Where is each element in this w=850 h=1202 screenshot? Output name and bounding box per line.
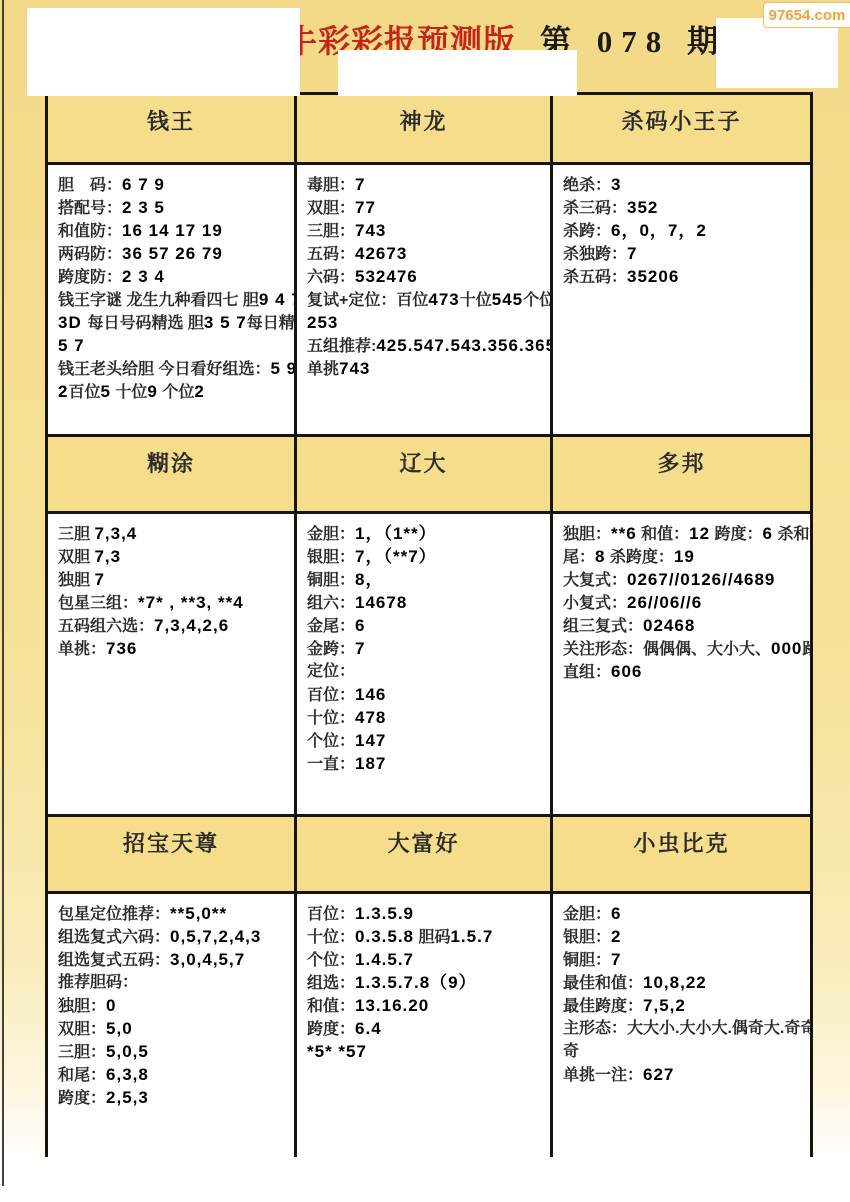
line-value: 146 bbox=[355, 685, 386, 704]
line-label: 单挑： bbox=[58, 641, 106, 658]
text-line: 五码组六选：7,3,4,2,6 bbox=[58, 614, 290, 637]
text-line: 5 7 bbox=[58, 334, 290, 357]
text-line: 银胆：2 bbox=[563, 925, 806, 948]
line-value: 532476 bbox=[355, 267, 418, 286]
panel-body: 包星定位推荐：**5,0**组选复式六码：0,5,7,2,4,3组选复式五码：3… bbox=[48, 894, 294, 1157]
line-label: 搭配号： bbox=[58, 200, 122, 217]
panel-dafuhao: 大富好 百位：1.3.5.9十位：0.3.5.8 胆码1.5.7个位：1.4.5… bbox=[294, 817, 550, 1157]
text-line: 金尾：6 bbox=[307, 614, 546, 637]
line-value: 5 9 bbox=[270, 359, 294, 378]
text-line: 金胆：1，（1**） bbox=[307, 522, 546, 545]
text-line: 和值：13.16.20 bbox=[307, 994, 546, 1017]
line-label: 金胆： bbox=[563, 906, 611, 923]
line-value: 3 bbox=[611, 175, 621, 194]
line-value: 2 bbox=[58, 382, 68, 401]
panel-title: 神龙 bbox=[399, 109, 447, 134]
line-label: 路 bbox=[802, 641, 810, 658]
text-line: 一直：187 bbox=[307, 752, 546, 775]
line-value: 14678 bbox=[355, 593, 407, 612]
text-line: *5* *57 bbox=[307, 1040, 546, 1063]
text-line: 个位：1.4.5.7 bbox=[307, 948, 546, 971]
text-line: 和值防：16 14 17 19 bbox=[58, 219, 290, 242]
text-line: 钱王字谜 龙生九种看四七 胆9 4 7 bbox=[58, 288, 290, 311]
line-label: 单挑 bbox=[307, 361, 339, 378]
table-row-1: 钱王 胆 码：6 7 9搭配号：2 3 5和值防：16 14 17 19两码防：… bbox=[45, 92, 813, 434]
text-line: 跨度：6.4 bbox=[307, 1017, 546, 1040]
line-value: 0.3.5.8 bbox=[355, 927, 414, 946]
line-label: 百位 bbox=[68, 384, 100, 401]
text-line: 杀三码：352 bbox=[563, 196, 806, 219]
text-line: 钱王老头给胆 今日看好组选：5 9 bbox=[58, 357, 290, 380]
text-line: 百位：146 bbox=[307, 683, 546, 706]
panel-title: 多邦 bbox=[657, 451, 705, 476]
line-label: 毒胆： bbox=[307, 177, 355, 194]
line-value: 19 bbox=[674, 547, 695, 566]
panel-shenlong: 神龙 毒胆：7双胆：77三胆：743五码：42673六码：532476复试+定位… bbox=[294, 95, 550, 434]
line-value: 1.3.5.7.8（9） bbox=[355, 973, 477, 992]
line-label: 杀跨： bbox=[563, 223, 611, 240]
line-value: 478 bbox=[355, 708, 386, 727]
text-line: 双胆：5,0 bbox=[58, 1017, 290, 1040]
text-line: 双胆 7,3 bbox=[58, 545, 290, 568]
line-label: 大复式： bbox=[563, 572, 627, 589]
line-value: 2 3 4 bbox=[122, 267, 165, 286]
line-value: *5* *57 bbox=[307, 1042, 367, 1061]
text-line: 组选：1.3.5.7.8（9） bbox=[307, 971, 546, 994]
line-label: 十位： bbox=[307, 710, 355, 727]
line-label: 组选复式五码： bbox=[58, 952, 170, 969]
line-label: 组六： bbox=[307, 595, 355, 612]
panel-body: 百位：1.3.5.9十位：0.3.5.8 胆码1.5.7个位：1.4.5.7组选… bbox=[297, 894, 550, 1157]
line-value: 7,3,4 bbox=[94, 524, 137, 543]
line-label: 每日号码精选 胆 bbox=[87, 315, 203, 332]
text-line: 独胆 7 bbox=[58, 568, 290, 591]
text-line: 胆 码：6 7 9 bbox=[58, 173, 290, 196]
line-label: 个位 bbox=[523, 292, 550, 309]
panel-title: 杀码小王子 bbox=[621, 109, 741, 134]
line-label: 一直： bbox=[307, 756, 355, 773]
line-label: 金跨： bbox=[307, 641, 355, 658]
panel-title: 辽大 bbox=[399, 451, 447, 476]
line-label: 跨度防： bbox=[58, 269, 122, 286]
line-value: 6.4 bbox=[355, 1019, 382, 1038]
line-value: 9 bbox=[147, 382, 157, 401]
text-line: 大复式：0267//0126//4689 bbox=[563, 568, 806, 591]
line-value: 12 bbox=[689, 524, 710, 543]
text-line: 推荐胆码： bbox=[58, 971, 290, 994]
panel-header: 杀码小王子 bbox=[553, 95, 810, 165]
text-line: 百位：1.3.5.9 bbox=[307, 902, 546, 925]
line-value: 743 bbox=[339, 359, 370, 378]
panel-shama-xiaowangzi: 杀码小王子 绝杀：3杀三码：352杀跨：6，0，7，2杀独跨：7杀五码：3520… bbox=[550, 95, 813, 434]
text-line: 组六：14678 bbox=[307, 591, 546, 614]
line-value: 10,8,22 bbox=[643, 973, 707, 992]
line-value: 3D bbox=[58, 313, 87, 332]
page-root: { "header": { "watermark": "97654.com", … bbox=[0, 0, 850, 1202]
line-label: 双胆： bbox=[307, 200, 355, 217]
text-line: 组选复式五码：3,0,4,5,7 bbox=[58, 948, 290, 971]
cover-box-center bbox=[338, 50, 577, 96]
line-value: 7 bbox=[355, 639, 365, 658]
table-row-2: 糊涂 三胆 7,3,4双胆 7,3独胆 7包星三组：*7* , **3, **4… bbox=[45, 434, 813, 814]
text-line: 金跨：7 bbox=[307, 637, 546, 660]
text-line: 杀五码：35206 bbox=[563, 265, 806, 288]
panel-header: 多邦 bbox=[553, 437, 810, 514]
line-label: 独胆： bbox=[58, 998, 106, 1015]
line-label: 和值： bbox=[307, 998, 355, 1015]
text-line: 铜胆：7 bbox=[563, 948, 806, 971]
panel-header: 神龙 bbox=[297, 95, 550, 165]
line-label: 组选复式六码： bbox=[58, 929, 170, 946]
line-label: 三胆： bbox=[58, 1044, 106, 1061]
line-label: 钱王老头给胆 今日看好组选： bbox=[58, 361, 270, 378]
line-value: 6 7 9 bbox=[122, 175, 165, 194]
line-value: 2 bbox=[611, 927, 621, 946]
panel-zhaobao-tianzun: 招宝天尊 包星定位推荐：**5,0**组选复式六码：0,5,7,2,4,3组选复… bbox=[45, 817, 294, 1157]
text-line: 单挑一注：627 bbox=[563, 1063, 806, 1086]
line-label: 主形态：大大小.大小大.偶奇大.奇奇 bbox=[563, 1020, 810, 1037]
line-label: 十位： bbox=[307, 929, 355, 946]
line-value: 5 bbox=[100, 382, 110, 401]
line-label: 五码： bbox=[307, 246, 355, 263]
prediction-table: 钱王 胆 码：6 7 9搭配号：2 3 5和值防：16 14 17 19两码防：… bbox=[45, 92, 813, 1157]
line-label: 两码防： bbox=[58, 246, 122, 263]
line-value: 352 bbox=[627, 198, 658, 217]
text-line: 双胆：77 bbox=[307, 196, 546, 219]
text-line: 十位：0.3.5.8 胆码1.5.7 bbox=[307, 925, 546, 948]
line-value: 7,5,2 bbox=[643, 996, 686, 1015]
line-value: 627 bbox=[643, 1065, 674, 1084]
text-line: 尾：8 杀跨度：19 bbox=[563, 545, 806, 568]
line-label: 定位： bbox=[307, 663, 355, 680]
line-label: 个位 bbox=[158, 384, 194, 401]
line-label: 组三复式： bbox=[563, 618, 643, 635]
text-line: 十位：478 bbox=[307, 706, 546, 729]
line-label: 包星三组： bbox=[58, 595, 138, 612]
line-value: 2 3 5 bbox=[122, 198, 165, 217]
panel-title: 钱王 bbox=[147, 109, 195, 134]
line-value: 7 bbox=[94, 570, 104, 589]
line-value: 02468 bbox=[643, 616, 695, 635]
line-value: 473 bbox=[428, 290, 459, 309]
line-label: 杀五码： bbox=[563, 269, 627, 286]
line-label: 钱王字谜 龙生九种看四七 胆 bbox=[58, 292, 259, 309]
line-value: **5,0** bbox=[170, 904, 227, 923]
line-label: 金胆： bbox=[307, 526, 355, 543]
line-value: 16 14 17 19 bbox=[122, 221, 223, 240]
panel-body: 金胆：6银胆：2铜胆：7最佳和值：10,8,22最佳跨度：7,5,2主形态：大大… bbox=[553, 894, 810, 1157]
text-line: 两码防：36 57 26 79 bbox=[58, 242, 290, 265]
line-value: 35206 bbox=[627, 267, 679, 286]
line-label: 双胆 bbox=[58, 549, 94, 566]
line-label: 胆码 bbox=[414, 929, 450, 946]
panel-title: 小虫比克 bbox=[633, 831, 729, 856]
line-label: 个位： bbox=[307, 733, 355, 750]
line-value: 6，0，7，2 bbox=[611, 221, 707, 240]
line-value: 187 bbox=[355, 754, 386, 773]
panel-liaoda: 辽大 金胆：1，（1**）银胆：7，（**7）铜胆：8，组六：14678金尾：6… bbox=[294, 437, 550, 814]
text-line: 复试+定位：百位473十位545个位 bbox=[307, 288, 546, 311]
line-label: 绝杀： bbox=[563, 177, 611, 194]
line-label: 推荐胆码： bbox=[58, 974, 138, 991]
line-label: 五码组六选： bbox=[58, 618, 154, 635]
table-row-3: 招宝天尊 包星定位推荐：**5,0**组选复式六码：0,5,7,2,4,3组选复… bbox=[45, 814, 813, 1157]
line-label: 每日精选 bbox=[247, 315, 294, 332]
text-line: 银胆：7，（**7） bbox=[307, 545, 546, 568]
line-value: 6 bbox=[763, 524, 773, 543]
panel-header: 糊涂 bbox=[48, 437, 294, 514]
line-value: 5 7 bbox=[58, 336, 85, 355]
line-value: 545 bbox=[492, 290, 523, 309]
line-value: 8 bbox=[595, 547, 605, 566]
line-label: 奇 bbox=[563, 1043, 579, 1060]
text-line: 五组推荐:425.547.543.356.365. bbox=[307, 334, 546, 357]
line-label: 最佳和值： bbox=[563, 975, 643, 992]
text-line: 最佳和值：10,8,22 bbox=[563, 971, 806, 994]
line-value: *7* , **3, **4 bbox=[138, 593, 244, 612]
line-value: 26//06//6 bbox=[627, 593, 702, 612]
line-value: 425.547.543.356.365. bbox=[376, 336, 550, 355]
watermark-text: 97654.com bbox=[769, 7, 846, 24]
line-label: 五组推荐: bbox=[307, 338, 376, 355]
line-value: 606 bbox=[611, 662, 642, 681]
line-label: 跨度： bbox=[710, 526, 762, 543]
line-label: 铜胆： bbox=[307, 572, 355, 589]
text-line: 毒胆：7 bbox=[307, 173, 546, 196]
text-line: 五码：42673 bbox=[307, 242, 546, 265]
line-label: 百位： bbox=[307, 906, 355, 923]
panel-body: 胆 码：6 7 9搭配号：2 3 5和值防：16 14 17 19两码防：36 … bbox=[48, 165, 294, 434]
line-label: 和尾： bbox=[58, 1067, 106, 1084]
line-label: 杀独跨： bbox=[563, 246, 627, 263]
line-value: 7,3 bbox=[94, 547, 121, 566]
text-line: 单挑：736 bbox=[58, 637, 290, 660]
line-label: 独胆： bbox=[563, 526, 611, 543]
line-value: 0,5,7,2,4,3 bbox=[170, 927, 261, 946]
line-label: 十位 bbox=[460, 292, 492, 309]
panel-hutu: 糊涂 三胆 7,3,4双胆 7,3独胆 7包星三组：*7* , **3, **4… bbox=[45, 437, 294, 814]
text-line: 六码：532476 bbox=[307, 265, 546, 288]
line-label: 六码： bbox=[307, 269, 355, 286]
line-label: 复试+定位：百位 bbox=[307, 292, 428, 309]
line-value: 1.4.5.7 bbox=[355, 950, 414, 969]
text-line: 和尾：6,3,8 bbox=[58, 1063, 290, 1086]
line-label: 跨度： bbox=[307, 1021, 355, 1038]
text-line: 金胆：6 bbox=[563, 902, 806, 925]
line-label: 跨度： bbox=[58, 1090, 106, 1107]
text-line: 三胆：743 bbox=[307, 219, 546, 242]
line-label: 杀和 bbox=[773, 526, 809, 543]
line-label: 杀跨度： bbox=[605, 549, 673, 566]
panel-title: 招宝天尊 bbox=[123, 831, 219, 856]
line-value: 6,3,8 bbox=[106, 1065, 149, 1084]
text-line: 独胆：0 bbox=[58, 994, 290, 1017]
panel-qianwang: 钱王 胆 码：6 7 9搭配号：2 3 5和值防：16 14 17 19两码防：… bbox=[45, 95, 294, 434]
text-line: 三胆：5,0,5 bbox=[58, 1040, 290, 1063]
line-value: 9 4 7 bbox=[259, 290, 294, 309]
text-line: 2百位5 十位9 个位2 bbox=[58, 380, 290, 403]
panel-title: 大富好 bbox=[387, 831, 459, 856]
panel-header: 钱王 bbox=[48, 95, 294, 165]
text-line: 组选复式六码：0,5,7,2,4,3 bbox=[58, 925, 290, 948]
line-label: 最佳跨度： bbox=[563, 998, 643, 1015]
panel-body: 金胆：1，（1**）银胆：7，（**7）铜胆：8，组六：14678金尾：6金跨：… bbox=[297, 514, 550, 814]
line-value: 5,0,5 bbox=[106, 1042, 149, 1061]
line-label: 单挑一注： bbox=[563, 1067, 643, 1084]
panel-header: 大富好 bbox=[297, 817, 550, 894]
line-label: 关注形态：偶偶偶、大小大、 bbox=[563, 641, 771, 658]
panel-xiaochong-bike: 小虫比克 金胆：6银胆：2铜胆：7最佳和值：10,8,22最佳跨度：7,5,2主… bbox=[550, 817, 813, 1157]
line-value: 7,3,4,2,6 bbox=[154, 616, 229, 635]
line-value: 7 bbox=[611, 950, 621, 969]
panel-body: 绝杀：3杀三码：352杀跨：6，0，7，2杀独跨：7杀五码：35206 bbox=[553, 165, 810, 434]
line-value: 736 bbox=[106, 639, 137, 658]
line-value: 6 bbox=[611, 904, 621, 923]
text-line: 杀独跨：7 bbox=[563, 242, 806, 265]
text-line: 奇 bbox=[563, 1040, 806, 1063]
line-label: 独胆 bbox=[58, 572, 94, 589]
line-value: 36 57 26 79 bbox=[122, 244, 223, 263]
line-value: 000 bbox=[771, 639, 802, 658]
line-label: 小复式： bbox=[563, 595, 627, 612]
page-edge-line bbox=[2, 0, 4, 1186]
line-label: 金尾： bbox=[307, 618, 355, 635]
line-value: 2,5,3 bbox=[106, 1088, 149, 1107]
line-label: 三胆： bbox=[307, 223, 355, 240]
watermark-badge: 97654.com bbox=[763, 2, 850, 28]
text-line: 搭配号：2 3 5 bbox=[58, 196, 290, 219]
line-label: 三胆 bbox=[58, 526, 94, 543]
text-line: 253 bbox=[307, 311, 546, 334]
line-value: 5,0 bbox=[106, 1019, 133, 1038]
text-line: 跨度防：2 3 4 bbox=[58, 265, 290, 288]
text-line: 定位： bbox=[307, 660, 546, 683]
line-label: 银胆： bbox=[563, 929, 611, 946]
text-line: 直组：606 bbox=[563, 660, 806, 683]
text-line: 三胆 7,3,4 bbox=[58, 522, 290, 545]
text-line: 个位：147 bbox=[307, 729, 546, 752]
line-label: 和值防： bbox=[58, 223, 122, 240]
line-value: 0267//0126//4689 bbox=[627, 570, 775, 589]
line-label: 尾： bbox=[563, 549, 595, 566]
panel-header: 招宝天尊 bbox=[48, 817, 294, 894]
line-value: 743 bbox=[355, 221, 386, 240]
line-label: 组选： bbox=[307, 975, 355, 992]
text-line: 组三复式：02468 bbox=[563, 614, 806, 637]
line-value: 8， bbox=[355, 570, 383, 589]
line-value: 13.16.20 bbox=[355, 996, 429, 1015]
line-value: 6 bbox=[355, 616, 365, 635]
text-line: 单挑743 bbox=[307, 357, 546, 380]
line-label: 杀三码： bbox=[563, 200, 627, 217]
line-value: 7，（**7） bbox=[355, 547, 437, 566]
line-label: 包星定位推荐： bbox=[58, 906, 170, 923]
line-label: 胆 码： bbox=[58, 177, 122, 194]
line-value: 3,0,4,5,7 bbox=[170, 950, 245, 969]
text-line: 包星定位推荐：**5,0** bbox=[58, 902, 290, 925]
line-value: 1.3.5.9 bbox=[355, 904, 414, 923]
line-value: 253 bbox=[307, 313, 338, 332]
text-line: 主形态：大大小.大小大.偶奇大.奇奇 bbox=[563, 1017, 806, 1040]
line-label: 银胆： bbox=[307, 549, 355, 566]
line-label: 个位： bbox=[307, 952, 355, 969]
text-line: 铜胆：8， bbox=[307, 568, 546, 591]
text-line: 跨度：2,5,3 bbox=[58, 1086, 290, 1109]
line-label: 十位 bbox=[111, 384, 147, 401]
line-label: 和值： bbox=[637, 526, 689, 543]
panel-body: 独胆：**6 和值：12 跨度：6 杀和尾：8 杀跨度：19大复式：0267//… bbox=[553, 514, 810, 814]
line-value: 1.5.7 bbox=[450, 927, 493, 946]
text-line: 小复式：26//06//6 bbox=[563, 591, 806, 614]
text-line: 包星三组：*7* , **3, **4 bbox=[58, 591, 290, 614]
line-label: 直组： bbox=[563, 664, 611, 681]
text-line: 绝杀：3 bbox=[563, 173, 806, 196]
line-value: 77 bbox=[355, 198, 376, 217]
line-value: 7 bbox=[355, 175, 365, 194]
line-label: 百位： bbox=[307, 687, 355, 704]
panel-header: 小虫比克 bbox=[553, 817, 810, 894]
line-label: 双胆： bbox=[58, 1021, 106, 1038]
panel-title: 糊涂 bbox=[147, 451, 195, 476]
line-value: 1，（1**） bbox=[355, 524, 437, 543]
text-line: 3D 每日号码精选 胆3 5 7每日精选 bbox=[58, 311, 290, 334]
cover-box-left bbox=[27, 8, 300, 96]
line-value: 7 bbox=[627, 244, 637, 263]
text-line: 独胆：**6 和值：12 跨度：6 杀和 bbox=[563, 522, 806, 545]
panel-header: 辽大 bbox=[297, 437, 550, 514]
cover-box-right bbox=[716, 18, 838, 88]
line-label: 铜胆： bbox=[563, 952, 611, 969]
panel-body: 三胆 7,3,4双胆 7,3独胆 7包星三组：*7* , **3, **4五码组… bbox=[48, 514, 294, 814]
line-value: 0 bbox=[106, 996, 116, 1015]
panel-duobang: 多邦 独胆：**6 和值：12 跨度：6 杀和尾：8 杀跨度：19大复式：026… bbox=[550, 437, 813, 814]
text-line: 杀跨：6，0，7，2 bbox=[563, 219, 806, 242]
line-value: 2 bbox=[194, 382, 204, 401]
line-value: 42673 bbox=[355, 244, 407, 263]
text-line: 关注形态：偶偶偶、大小大、000路 bbox=[563, 637, 806, 660]
line-value: 3 5 7 bbox=[204, 313, 247, 332]
panel-body: 毒胆：7双胆：77三胆：743五码：42673六码：532476复试+定位：百位… bbox=[297, 165, 550, 434]
line-value: **6 bbox=[611, 524, 637, 543]
text-line: 最佳跨度：7,5,2 bbox=[563, 994, 806, 1017]
line-value: 147 bbox=[355, 731, 386, 750]
